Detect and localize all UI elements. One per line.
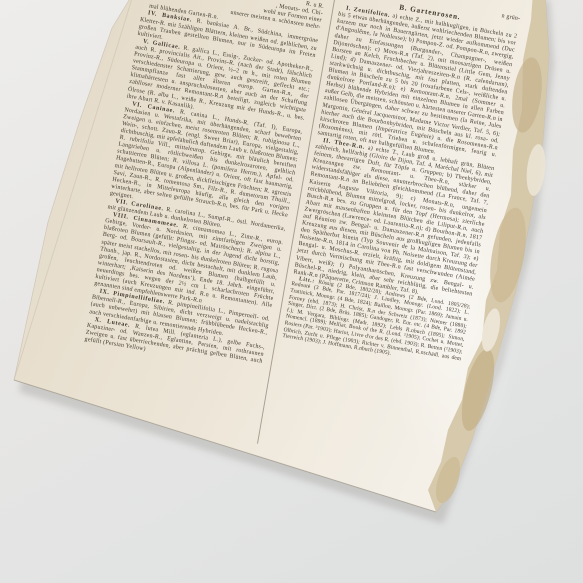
photo-scene: R. u R., Monats- od. Chi-wohl nur Formen…	[0, 0, 583, 583]
section-lead: Litt.:	[299, 276, 316, 284]
section-paragraph: II. Thee-R.n. a) echte T., Laub groß u. …	[293, 136, 495, 304]
print-block: R. u R., Monats- od. Chi-wohl nur Formen…	[68, 0, 524, 497]
